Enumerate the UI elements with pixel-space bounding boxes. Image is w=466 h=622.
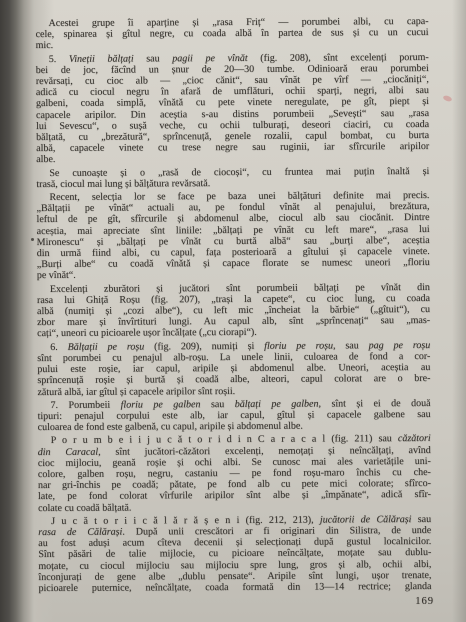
paragraph: Recent, selecția lor se face pe baza une… xyxy=(36,190,429,282)
text-line: cați“, uneori cu picioarele ușor încălța… xyxy=(37,326,430,339)
paragraph: 6. Bălțații pe roșu (fig. 209), numiți ș… xyxy=(37,340,430,398)
scanned-page: Acestei grupe îi aparține și „rasa Friț“… xyxy=(0,0,466,622)
text-line: mic. xyxy=(36,38,429,51)
paragraph: 7. Porumbeii floriu pe galben sau bălțaț… xyxy=(37,398,430,434)
paragraph: Se cunoaște și o „rasă de ciocoși“, cu f… xyxy=(36,166,429,190)
paragraph: 5. Vineții bălțați sau pagii pe vînăt (f… xyxy=(36,52,430,166)
text-line: zătură albă, iar gîtul și capacele aripi… xyxy=(37,384,430,397)
paragraph: J u c ă t o r i i c ă l ă r ă ș e n i (f… xyxy=(38,514,431,594)
text-line: pe vînăt“. xyxy=(37,268,430,281)
text-line: late, pe fond colorat vîrfurile aripilor… xyxy=(38,489,431,502)
page-text: Acestei grupe îi aparține și „rasa Friț“… xyxy=(35,16,431,594)
text-line: colate cu coadă bălțată. xyxy=(38,500,431,513)
paragraph: Excelenți zburători și jucători sînt por… xyxy=(37,282,430,340)
ink-speck xyxy=(31,238,34,241)
text-line: picioarele puternice, neîncălțate, coada… xyxy=(38,581,431,594)
paragraph: P o r u m b e i i j u c ă t o r i d i n … xyxy=(38,433,431,513)
text-line: albe. xyxy=(36,152,429,165)
margin-smudge xyxy=(442,95,452,103)
text-line: sprîncenuță roșie și burtă și coadă albe… xyxy=(37,373,430,386)
page-number: 169 xyxy=(415,596,434,607)
paragraph: Acestei grupe îi aparține și „rasa Friț“… xyxy=(35,16,428,52)
text-line: Se cunoaște și o „rasă de ciocoși“, cu f… xyxy=(36,166,429,179)
text-line: trasă, ciocul mai lung și bălțătura revă… xyxy=(36,177,429,190)
text-line: culoarea de fond este galbenă, cu capul,… xyxy=(38,420,431,433)
